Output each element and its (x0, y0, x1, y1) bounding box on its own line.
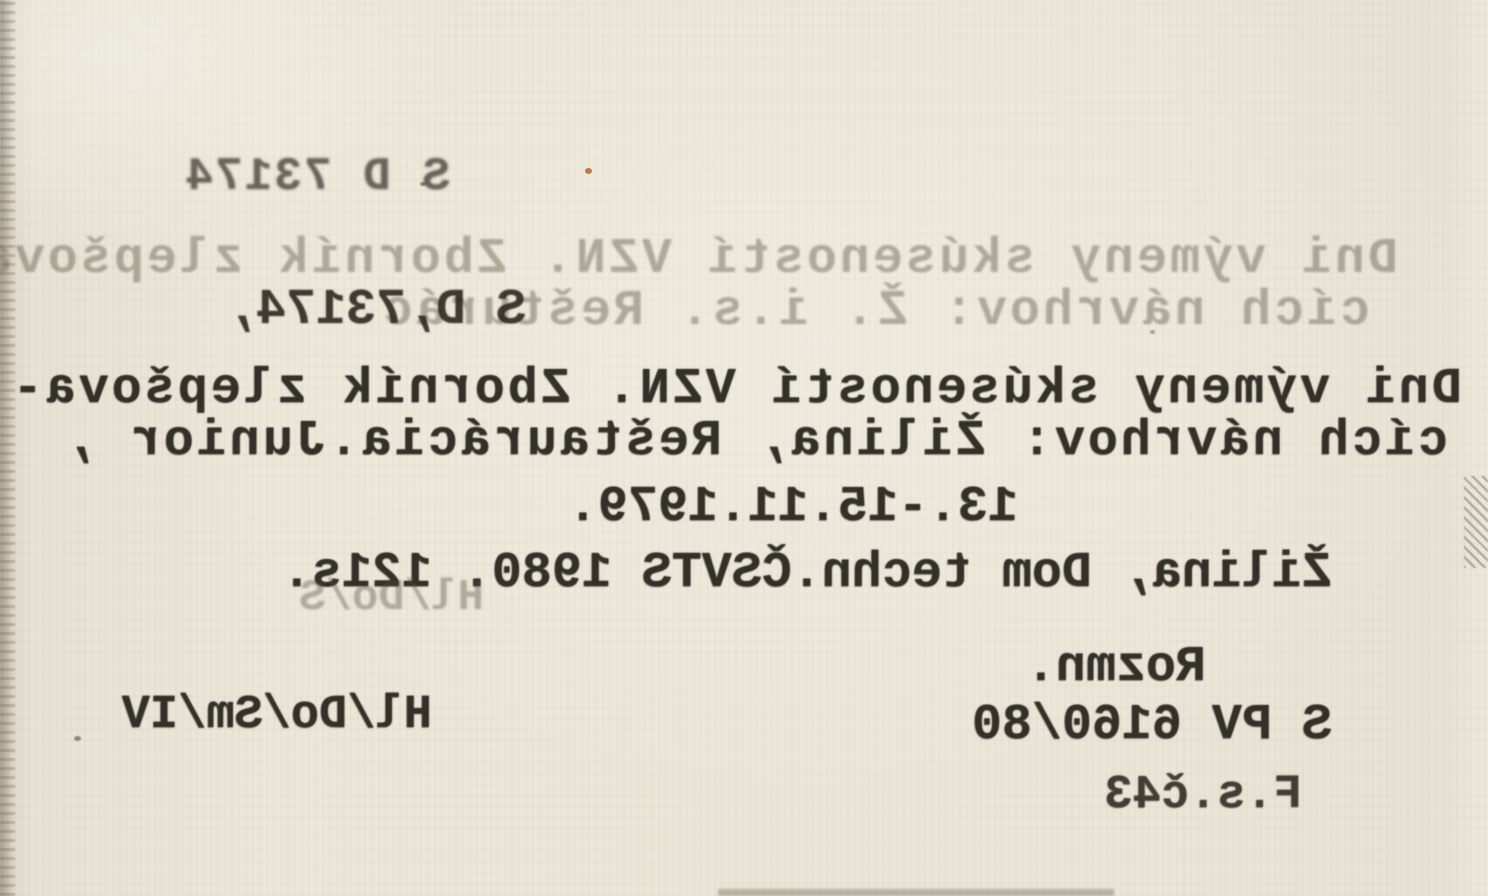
title-line-2: cích návrhov: Žilina, Reštaurácia.Junior… (62, 414, 1448, 469)
print-permit-number: S PV 6160/80 (972, 698, 1332, 753)
event-date-line: 13.-15.11.1979. (568, 480, 1018, 535)
catalog-card-scan: { "card": { "call_number_stamp": "S D 73… (0, 0, 1488, 896)
ghost-processing-initials: Hl/Do/S (299, 574, 484, 622)
ink-speck-3 (1150, 330, 1155, 334)
title-line-1: Dni výmeny skúseností VZN. Zborník zlepš… (10, 362, 1462, 417)
call-number-stamp: S D 73174 (184, 152, 450, 203)
mirrored-text-layer: S D 73174 Dni výmeny skúseností VZN. Zbo… (0, 0, 1488, 896)
ink-speck-2 (74, 736, 81, 741)
file-series-note: F.s.č43 (1105, 770, 1302, 822)
right-edge-hatch-mark (1464, 476, 1488, 568)
ghost-title-line-2: cích návrhov: Ž. i.s. Rešturác (380, 284, 1370, 339)
orange-speck (585, 168, 592, 174)
bottom-edge-mark (718, 889, 1114, 896)
left-edge-scanner-shadow (0, 0, 15, 896)
reproduction-note: Rozmn. (1026, 640, 1206, 695)
processing-initials: Hl/Do/Sm/IV (122, 690, 432, 742)
ghost-call-number-overprint: S D,73174, (226, 283, 526, 338)
ink-speck-1 (420, 182, 426, 186)
ghost-title-line-1: Dni výmeny skúseností VZN. Zborník zlepš… (0, 232, 1398, 287)
